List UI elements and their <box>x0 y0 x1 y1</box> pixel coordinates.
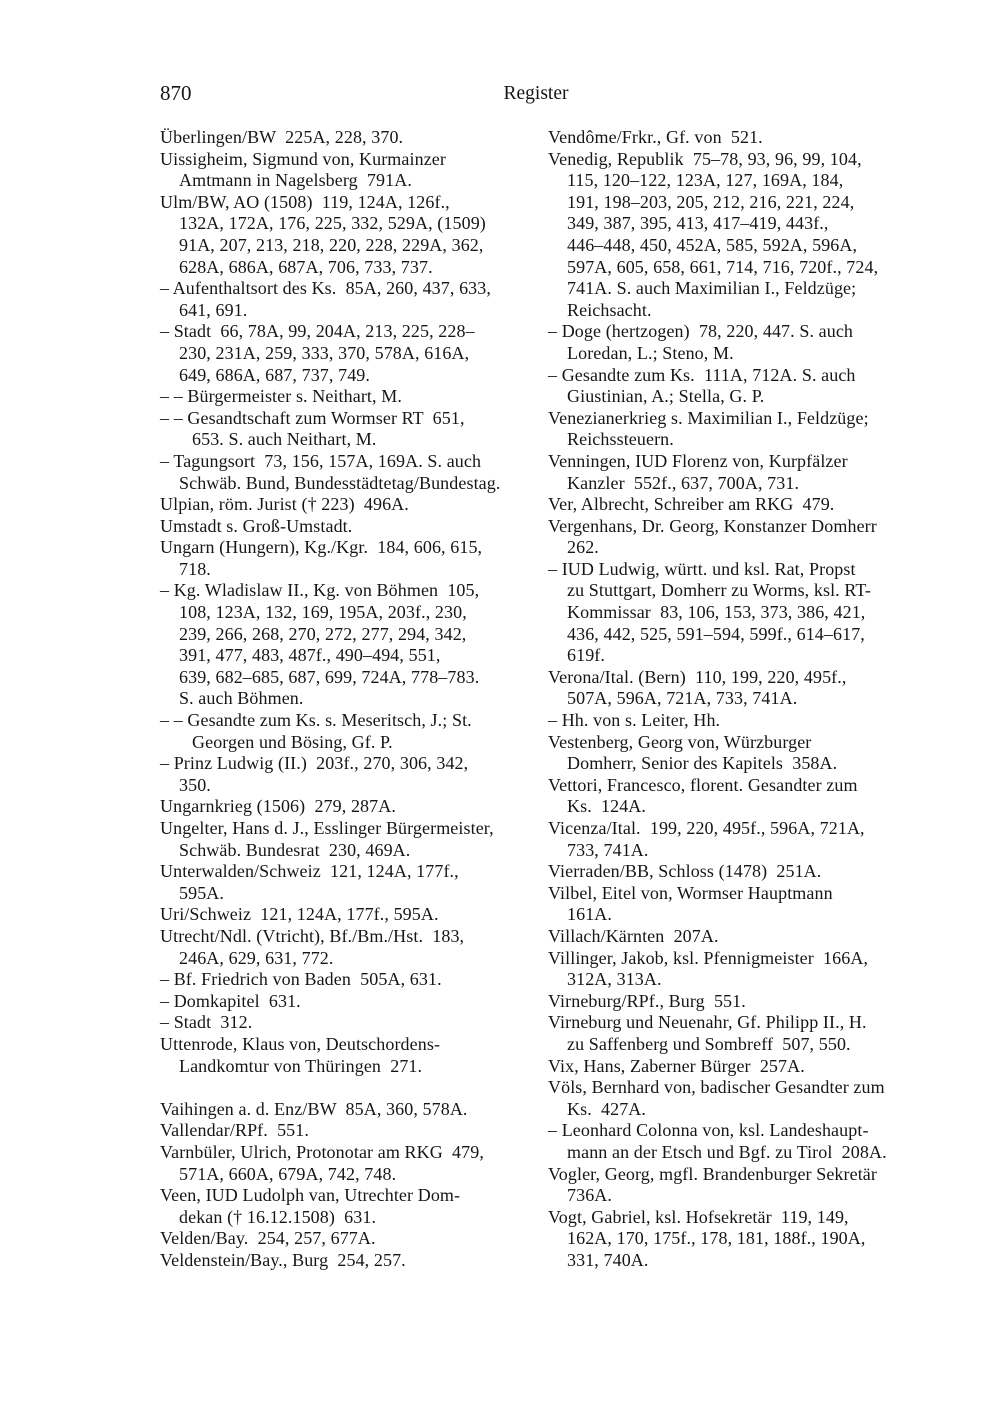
index-line: Venningen, IUD Florenz von, Kurpfälzer <box>548 451 914 473</box>
index-line: Varnbüler, Ulrich, Protonotar am RKG 479… <box>160 1142 526 1164</box>
index-line: 736A. <box>548 1185 914 1207</box>
index-column-left: Überlingen/BW 225A, 228, 370.Uissigheim,… <box>160 127 526 1271</box>
index-line: Virneburg/RPf., Burg 551. <box>548 991 914 1013</box>
index-line: – Bf. Friedrich von Baden 505A, 631. <box>160 969 526 991</box>
index-line: Vilbel, Eitel von, Wormser Hauptmann <box>548 883 914 905</box>
index-line: – Leonhard Colonna von, ksl. Landeshaupt… <box>548 1120 914 1142</box>
index-line: Ulpian, röm. Jurist († 223) 496A. <box>160 494 526 516</box>
running-title: Register <box>160 82 912 106</box>
index-line: 628A, 686A, 687A, 706, 733, 737. <box>160 257 526 279</box>
index-line: Reichsacht. <box>548 300 914 322</box>
index-line: Ungelter, Hans d. J., Esslinger Bürgerme… <box>160 818 526 840</box>
index-line: – Stadt 66, 78A, 99, 204A, 213, 225, 228… <box>160 321 526 343</box>
page-header: 870 Register <box>160 81 912 105</box>
index-line: Venezianerkrieg s. Maximilian I., Feldzü… <box>548 408 914 430</box>
index-line: 649, 686A, 687, 737, 749. <box>160 365 526 387</box>
index-line: 641, 691. <box>160 300 526 322</box>
index-line: 349, 387, 395, 413, 417–419, 443f., <box>548 213 914 235</box>
index-line: 619f. <box>548 645 914 667</box>
index-line: 331, 740A. <box>548 1250 914 1272</box>
index-line: Venedig, Republik 75–78, 93, 96, 99, 104… <box>548 149 914 171</box>
index-line: 436, 442, 525, 591–594, 599f., 614–617, <box>548 624 914 646</box>
index-line: Villinger, Jakob, ksl. Pfennigmeister 16… <box>548 948 914 970</box>
index-line: 312A, 313A. <box>548 969 914 991</box>
index-line: Kanzler 552f., 637, 700A, 731. <box>548 473 914 495</box>
index-line: 132A, 172A, 176, 225, 332, 529A, (1509) <box>160 213 526 235</box>
blank-line <box>160 1077 526 1099</box>
index-line: 595A. <box>160 883 526 905</box>
index-line: Kommissar 83, 106, 153, 373, 386, 421, <box>548 602 914 624</box>
index-line: Amtmann in Nagelsberg 791A. <box>160 170 526 192</box>
index-line: – Stadt 312. <box>160 1012 526 1034</box>
index-line: Umstadt s. Groß-Umstadt. <box>160 516 526 538</box>
index-line: mann an der Etsch und Bgf. zu Tirol 208A… <box>548 1142 914 1164</box>
index-line: – Gesandte zum Ks. 111A, 712A. S. auch <box>548 365 914 387</box>
index-line: 718. <box>160 559 526 581</box>
index-line: 733, 741A. <box>548 840 914 862</box>
index-line: Vettori, Francesco, florent. Gesandter z… <box>548 775 914 797</box>
index-line: 391, 477, 483, 487f., 490–494, 551, <box>160 645 526 667</box>
index-line: Vendôme/Frkr., Gf. von 521. <box>548 127 914 149</box>
index-line: – – Gesandtschaft zum Wormser RT 651, <box>160 408 526 430</box>
index-line: Uissigheim, Sigmund von, Kurmainzer <box>160 149 526 171</box>
index-line: 230, 231A, 259, 333, 370, 578A, 616A, <box>160 343 526 365</box>
index-columns: Überlingen/BW 225A, 228, 370.Uissigheim,… <box>160 127 914 1271</box>
index-line: 446–448, 450, 452A, 585, 592A, 596A, <box>548 235 914 257</box>
index-line: 507A, 596A, 721A, 733, 741A. <box>548 688 914 710</box>
index-line: 246A, 629, 631, 772. <box>160 948 526 970</box>
index-line: Veen, IUD Ludolph van, Utrechter Dom- <box>160 1185 526 1207</box>
index-line: S. auch Böhmen. <box>160 688 526 710</box>
index-line: Georgen und Bösing, Gf. P. <box>160 732 526 754</box>
index-line: Utrecht/Ndl. (Vtricht), Bf./Bm./Hst. 183… <box>160 926 526 948</box>
index-line: Loredan, L.; Steno, M. <box>548 343 914 365</box>
index-line: – Doge (hertzogen) 78, 220, 447. S. auch <box>548 321 914 343</box>
index-line: 571A, 660A, 679A, 742, 748. <box>160 1164 526 1186</box>
index-line: – Hh. von s. Leiter, Hh. <box>548 710 914 732</box>
index-line: – – Bürgermeister s. Neithart, M. <box>160 386 526 408</box>
index-line: – – Gesandte zum Ks. s. Meseritsch, J.; … <box>160 710 526 732</box>
index-line: Ulm/BW, AO (1508) 119, 124A, 126f., <box>160 192 526 214</box>
index-line: Vix, Hans, Zaberner Bürger 257A. <box>548 1056 914 1078</box>
index-line: 162A, 170, 175f., 178, 181, 188f., 190A, <box>548 1228 914 1250</box>
index-line: – Kg. Wladislaw II., Kg. von Böhmen 105, <box>160 580 526 602</box>
index-line: Velden/Bay. 254, 257, 677A. <box>160 1228 526 1250</box>
index-line: Schwäb. Bund, Bundesstädtetag/Bundestag. <box>160 473 526 495</box>
index-line: 741A. S. auch Maximilian I., Feldzüge; <box>548 278 914 300</box>
index-line: Ungarn (Hungern), Kg./Kgr. 184, 606, 615… <box>160 537 526 559</box>
index-column-right: Vendôme/Frkr., Gf. von 521.Venedig, Repu… <box>548 127 914 1271</box>
index-line: 191, 198–203, 205, 212, 216, 221, 224, <box>548 192 914 214</box>
index-line: – IUD Ludwig, württ. und ksl. Rat, Props… <box>548 559 914 581</box>
index-line: Vierraden/BB, Schloss (1478) 251A. <box>548 861 914 883</box>
index-line: dekan († 16.12.1508) 631. <box>160 1207 526 1229</box>
book-page: 870 Register Überlingen/BW 225A, 228, 37… <box>0 0 1004 1418</box>
index-line: Vogler, Georg, mgfl. Brandenburger Sekre… <box>548 1164 914 1186</box>
index-line: Verona/Ital. (Bern) 110, 199, 220, 495f.… <box>548 667 914 689</box>
index-line: 653. S. auch Neithart, M. <box>160 429 526 451</box>
index-line: – Prinz Ludwig (II.) 203f., 270, 306, 34… <box>160 753 526 775</box>
index-line: Virneburg und Neuenahr, Gf. Philipp II.,… <box>548 1012 914 1034</box>
index-line: Überlingen/BW 225A, 228, 370. <box>160 127 526 149</box>
index-line: 239, 266, 268, 270, 272, 277, 294, 342, <box>160 624 526 646</box>
index-line: Völs, Bernhard von, badischer Gesandter … <box>548 1077 914 1099</box>
index-line: Vaihingen a. d. Enz/BW 85A, 360, 578A. <box>160 1099 526 1121</box>
index-line: – Domkapitel 631. <box>160 991 526 1013</box>
index-line: 91A, 207, 213, 218, 220, 228, 229A, 362, <box>160 235 526 257</box>
index-line: Schwäb. Bundesrat 230, 469A. <box>160 840 526 862</box>
index-line: Ks. 427A. <box>548 1099 914 1121</box>
index-line: Vestenberg, Georg von, Würzburger <box>548 732 914 754</box>
index-line: 639, 682–685, 687, 699, 724A, 778–783. <box>160 667 526 689</box>
index-line: – Aufenthaltsort des Ks. 85A, 260, 437, … <box>160 278 526 300</box>
index-line: Vallendar/RPf. 551. <box>160 1120 526 1142</box>
index-line: 597A, 605, 658, 661, 714, 716, 720f., 72… <box>548 257 914 279</box>
index-line: – Tagungsort 73, 156, 157A, 169A. S. auc… <box>160 451 526 473</box>
index-line: 115, 120–122, 123A, 127, 169A, 184, <box>548 170 914 192</box>
index-line: zu Stuttgart, Domherr zu Worms, ksl. RT- <box>548 580 914 602</box>
index-line: Villach/Kärnten 207A. <box>548 926 914 948</box>
index-line: Ks. 124A. <box>548 796 914 818</box>
index-line: 262. <box>548 537 914 559</box>
index-line: zu Saffenberg und Sombreff 507, 550. <box>548 1034 914 1056</box>
index-line: 350. <box>160 775 526 797</box>
index-line: Ver, Albrecht, Schreiber am RKG 479. <box>548 494 914 516</box>
index-line: Veldenstein/Bay., Burg 254, 257. <box>160 1250 526 1272</box>
index-line: Reichssteuern. <box>548 429 914 451</box>
index-line: Landkomtur von Thüringen 271. <box>160 1056 526 1078</box>
index-line: Giustinian, A.; Stella, G. P. <box>548 386 914 408</box>
index-line: 108, 123A, 132, 169, 195A, 203f., 230, <box>160 602 526 624</box>
index-line: 161A. <box>548 904 914 926</box>
index-line: Uttenrode, Klaus von, Deutschordens- <box>160 1034 526 1056</box>
index-line: Domherr, Senior des Kapitels 358A. <box>548 753 914 775</box>
index-line: Uri/Schweiz 121, 124A, 177f., 595A. <box>160 904 526 926</box>
index-line: Unterwalden/Schweiz 121, 124A, 177f., <box>160 861 526 883</box>
index-line: Vergenhans, Dr. Georg, Konstanzer Domher… <box>548 516 914 538</box>
index-line: Vicenza/Ital. 199, 220, 495f., 596A, 721… <box>548 818 914 840</box>
index-line: Ungarnkrieg (1506) 279, 287A. <box>160 796 526 818</box>
index-line: Vogt, Gabriel, ksl. Hofsekretär 119, 149… <box>548 1207 914 1229</box>
